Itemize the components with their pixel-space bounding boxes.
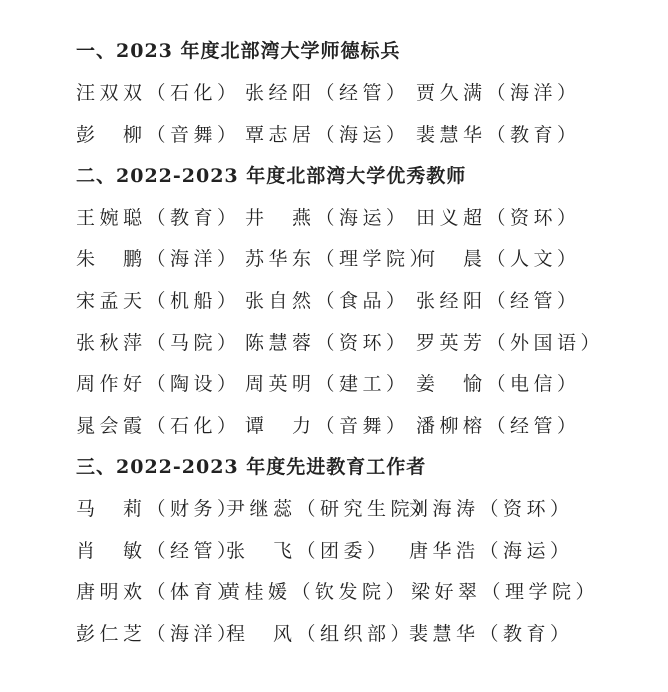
honoree: 刘海涛（资环） [409,494,574,524]
honoree: 程 风（组织部） [226,619,414,649]
honoree: 苏华东（理学院） [245,244,433,274]
honoree: 周作好（陶设） [76,369,241,399]
honoree: 彭 柳（音舞） [76,120,241,150]
honoree: 晁会霞（石化） [76,411,241,441]
honoree: 周英明（建工） [245,369,410,399]
honoree: 肖 敏（经管） [76,536,241,566]
honoree: 梁好翠（理学院） [411,577,599,607]
honoree: 井 燕（海运） [245,203,410,233]
honoree: 彭仁芝（海洋） [76,619,241,649]
honoree: 裴慧华（教育） [409,619,574,649]
honoree: 潘柳榕（经管） [416,411,581,441]
honoree: 张自然（食品） [245,286,410,316]
honoree: 宋孟天（机船） [76,286,241,316]
honoree: 谭 力（音舞） [245,411,410,441]
honoree: 覃志居（海运） [245,120,410,150]
honoree: 贾久满（海洋） [416,78,581,108]
honoree: 田义超（资环） [416,203,581,233]
honoree: 陈慧蓉（资环） [245,328,410,358]
honoree: 马 莉（财务） [76,494,241,524]
section-heading-3: 三、2022-2023 年度先进教育工作者 [76,452,426,482]
honoree: 唐华浩（海运） [409,536,574,566]
honoree: 张经阳（经管） [416,286,581,316]
honoree: 尹继蕊（研究生院） [226,494,438,524]
honoree: 张 飞（团委） [226,536,391,566]
section-heading-2: 二、2022-2023 年度北部湾大学优秀教师 [76,161,466,191]
honoree: 裴慧华（教育） [416,120,581,150]
honoree: 汪双双（石化） [76,78,241,108]
honoree: 张经阳（经管） [245,78,410,108]
honoree: 姜 愉（电信） [416,369,581,399]
section-heading-1: 一、2023 年度北部湾大学师德标兵 [76,36,401,66]
honoree: 王婉聪（教育） [76,203,241,233]
honoree: 何 晨（人文） [416,244,581,274]
honoree: 罗英芳（外国语） [416,328,604,358]
honoree: 张秋萍（马院） [76,328,241,358]
honoree: 黄桂媛（钦发院） [221,577,409,607]
honoree: 朱 鹏（海洋） [76,244,241,274]
honoree: 唐明欢（体育） [76,577,241,607]
